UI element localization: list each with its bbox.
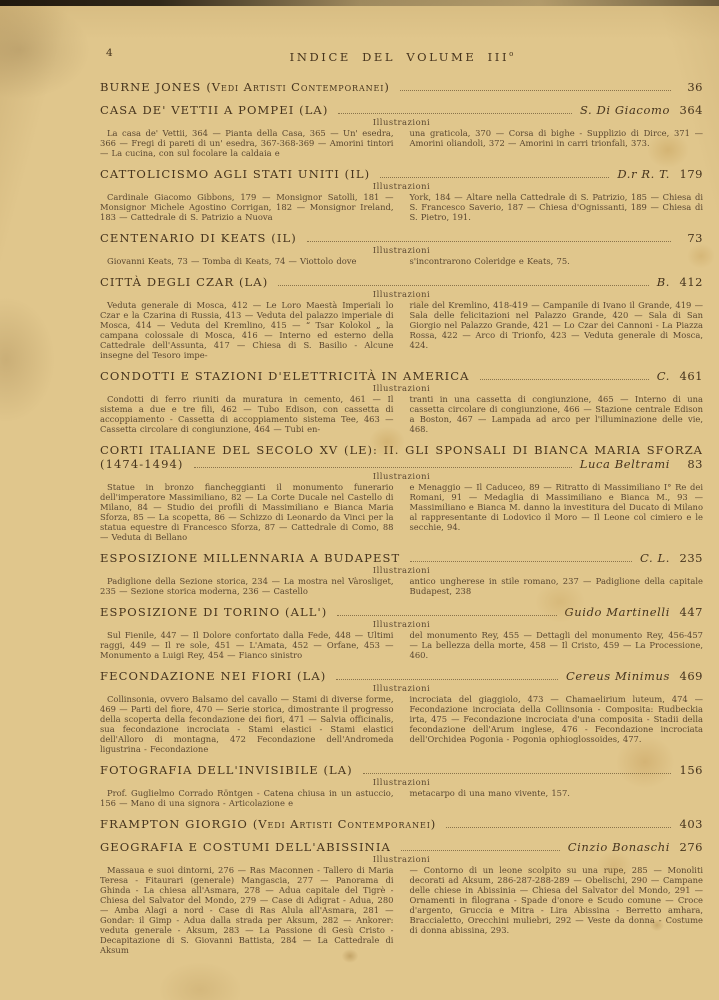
illustrations-label: Illustrazioni (100, 778, 703, 787)
illustrations-block: Illustrazioni Massaua e suoi dintorni, 2… (100, 855, 703, 955)
illustrations-label: Illustrazioni (100, 566, 703, 575)
illustrations-columns: Cardinale Giacomo Gibbons, 179 — Monsign… (100, 192, 703, 222)
entry-title: FECONDAZIONE NEI FIORI (LA) (100, 669, 326, 683)
dot-leader (410, 561, 632, 562)
entry-title: CASA DE' VETTII A POMPEI (LA) (100, 103, 328, 117)
index-entry-corti-italiane: CORTI ITALIANE DEL SECOLO XV (LE): II. G… (100, 443, 703, 542)
illustrations-right-column: — Contorno di un leone scolpito su una r… (410, 865, 704, 955)
entry-page-ref: 179 (679, 167, 703, 181)
entry-page-ref: 447 (679, 605, 703, 619)
index-entry-esposizione-budapest: ESPOSIZIONE MILLENNARIA A BUDAPEST C. L.… (100, 551, 703, 596)
dot-leader (480, 379, 649, 380)
illustrations-right-column: antico ungherese in stile romano, 237 — … (410, 576, 704, 596)
illustrations-block: Illustrazioni La casa de' Vettii, 364 — … (100, 118, 703, 158)
index-entry-burne-jones: BURNE JONES (Vedi Artisti Contemporanei)… (100, 80, 703, 94)
entry-author: D.r R. T. (617, 167, 670, 181)
entry-title-line1: CORTI ITALIANE DEL SECOLO XV (LE): II. G… (100, 443, 703, 457)
illustrations-left-column: Massaua e suoi dintorni, 276 — Ras Macon… (100, 865, 394, 955)
illustrations-columns: Prof. Guglielmo Corrado Röntgen - Catena… (100, 788, 703, 808)
entry-heading: CENTENARIO DI KEATS (IL) 73 (100, 231, 703, 245)
entry-author: Guido Martinelli (565, 605, 671, 619)
entry-page-ref: 364 (679, 103, 703, 117)
volume-header-sup: o (509, 50, 513, 58)
illustrations-left-column: Collinsonia, ovvero Balsamo del cavallo … (100, 694, 394, 754)
entry-title-note: (Vedi Artisti Contemporanei) (206, 80, 389, 94)
page-masthead: 4 INDICE DEL VOLUME IIIo (100, 46, 703, 60)
entry-page-ref: 83 (679, 457, 703, 471)
illustrations-right-column: s'incontrarono Coleridge e Keats, 75. (410, 256, 704, 266)
entry-title: FRAMPTON GIORGIO (100, 817, 248, 831)
index-entry-frampton-giorgio: FRAMPTON GIORGIO (Vedi Artisti Contempor… (100, 817, 703, 831)
illustrations-right-column: York, 184 — Altare nella Cattedrale di S… (410, 192, 704, 222)
illustrations-columns: La casa de' Vettii, 364 — Pianta della C… (100, 128, 703, 158)
illustrations-columns: Veduta generale di Mosca, 412 — Le Loro … (100, 300, 703, 360)
dot-leader (307, 241, 671, 242)
illustrations-block: Illustrazioni Veduta generale di Mosca, … (100, 290, 703, 360)
illustrations-label: Illustrazioni (100, 246, 703, 255)
entry-page-ref: 412 (679, 275, 703, 289)
entry-heading: FECONDAZIONE NEI FIORI (LA) Cereus Minim… (100, 669, 703, 683)
illustrations-left-column: Giovanni Keats, 73 — Tomba di Keats, 74 … (100, 256, 394, 266)
entry-title: ESPOSIZIONE DI TORINO (ALL') (100, 605, 327, 619)
entry-title: CITTÀ DEGLI CZAR (LA) (100, 275, 268, 289)
entry-heading: FOTOGRAFIA DELL'INVISIBILE (LA) 156 (100, 763, 703, 777)
illustrations-columns: Giovanni Keats, 73 — Tomba di Keats, 74 … (100, 256, 703, 266)
entry-author: C. L. (640, 551, 670, 565)
index-entry-cattolicismo: CATTOLICISMO AGLI STATI UNITI (IL) D.r R… (100, 167, 703, 222)
entry-author: S. Di Giacomo (580, 103, 670, 117)
illustrations-columns: Sul Fienile, 447 — Il Dolore confortato … (100, 630, 703, 660)
illustrations-label: Illustrazioni (100, 855, 703, 864)
index-entry-geografia-abissinia: GEOGRAFIA E COSTUMI DELL'ABISSINIA Cinzi… (100, 840, 703, 955)
entry-page-ref: 276 (679, 840, 703, 854)
entry-page-ref: 403 (679, 817, 703, 831)
entry-heading: CITTÀ DEGLI CZAR (LA) B. 412 (100, 275, 703, 289)
illustrations-label: Illustrazioni (100, 620, 703, 629)
illustrations-label: Illustrazioni (100, 118, 703, 127)
entry-title: CONDOTTI E STAZIONI D'ELETTRICITÀ IN AME… (100, 369, 470, 383)
illustrations-right-column: incrociata del giaggiolo, 473 — Chamaeli… (410, 694, 704, 754)
entry-author: C. (657, 369, 670, 383)
dot-leader (337, 615, 556, 616)
illustrations-left-column: Sul Fienile, 447 — Il Dolore confortato … (100, 630, 394, 660)
dot-leader (400, 90, 671, 91)
illustrations-columns: Collinsonia, ovvero Balsamo del cavallo … (100, 694, 703, 754)
illustrations-block: Illustrazioni Condotti di ferro riuniti … (100, 384, 703, 434)
entry-heading: GEOGRAFIA E COSTUMI DELL'ABISSINIA Cinzi… (100, 840, 703, 854)
volume-header-text: INDICE DEL VOLUME III (290, 50, 509, 64)
illustrations-block: Illustrazioni Sul Fienile, 447 — Il Dolo… (100, 620, 703, 660)
entry-page-ref: 73 (679, 231, 703, 245)
entry-title: BURNE JONES (100, 80, 201, 94)
dot-leader (446, 827, 671, 828)
entry-title: ESPOSIZIONE MILLENNARIA A BUDAPEST (100, 551, 400, 565)
illustrations-columns: Massaua e suoi dintorni, 276 — Ras Macon… (100, 865, 703, 955)
illustrations-label: Illustrazioni (100, 472, 703, 481)
dot-leader (338, 113, 572, 114)
illustrations-columns: Padiglione della Sezione storica, 234 — … (100, 576, 703, 596)
entry-title-note: (Vedi Artisti Contemporanei) (253, 817, 436, 831)
entry-heading: CATTOLICISMO AGLI STATI UNITI (IL) D.r R… (100, 167, 703, 181)
entry-page-ref: 36 (679, 80, 703, 94)
index-entry-fecondazione-fiori: FECONDAZIONE NEI FIORI (LA) Cereus Minim… (100, 669, 703, 754)
entry-heading: CONDOTTI E STAZIONI D'ELETTRICITÀ IN AME… (100, 369, 703, 383)
entry-page-ref: 156 (679, 763, 703, 777)
illustrations-label: Illustrazioni (100, 684, 703, 693)
illustrations-right-column: metacarpo di una mano vivente, 157. (410, 788, 704, 808)
index-entry-citta-czar: CITTÀ DEGLI CZAR (LA) B. 412 Illustrazio… (100, 275, 703, 360)
entry-heading: FRAMPTON GIORGIO (Vedi Artisti Contempor… (100, 817, 703, 831)
entry-page-ref: 469 (679, 669, 703, 683)
illustrations-right-column: una graticola, 370 — Corsa di bighe - Su… (410, 128, 704, 158)
illustrations-right-column: riale del Kremlino, 418-419 — Campanile … (410, 300, 704, 360)
index-entry-casa-vettii: CASA DE' VETTII A POMPEI (LA) S. Di Giac… (100, 103, 703, 158)
illustrations-block: Illustrazioni Prof. Guglielmo Corrado Rö… (100, 778, 703, 808)
illustrations-left-column: Padiglione della Sezione storica, 234 — … (100, 576, 394, 596)
entry-heading: (1474-1494) Luca Beltrami 83 (100, 457, 703, 471)
dot-leader (278, 285, 648, 286)
illustrations-block: Illustrazioni Cardinale Giacomo Gibbons,… (100, 182, 703, 222)
entry-page-ref: 461 (679, 369, 703, 383)
entry-title-line2: (1474-1494) (100, 457, 184, 471)
book-page: 4 INDICE DEL VOLUME IIIo BURNE JONES (Ve… (0, 0, 719, 1000)
illustrations-left-column: Veduta generale di Mosca, 412 — Le Loro … (100, 300, 394, 360)
illustrations-left-column: Prof. Guglielmo Corrado Röntgen - Catena… (100, 788, 394, 808)
illustrations-right-column: del monumento Rey, 455 — Dettagli del mo… (410, 630, 704, 660)
illustrations-right-column: e Menaggio — Il Caduceo, 89 — Ritratto d… (410, 482, 704, 542)
illustrations-left-column: Statue in bronzo fiancheggianti il monum… (100, 482, 394, 542)
illustrations-label: Illustrazioni (100, 182, 703, 191)
entry-author: Cereus Minimus (566, 669, 670, 683)
entry-title: GEOGRAFIA E COSTUMI DELL'ABISSINIA (100, 840, 391, 854)
entry-title: FOTOGRAFIA DELL'INVISIBILE (LA) (100, 763, 353, 777)
illustrations-label: Illustrazioni (100, 384, 703, 393)
entry-heading: BURNE JONES (Vedi Artisti Contemporanei)… (100, 80, 703, 94)
index-entry-esposizione-torino: ESPOSIZIONE DI TORINO (ALL') Guido Marti… (100, 605, 703, 660)
index-entry-centenario-keats: CENTENARIO DI KEATS (IL) 73 Illustrazion… (100, 231, 703, 266)
volume-header: INDICE DEL VOLUME IIIo (290, 50, 514, 64)
dot-leader (194, 467, 572, 468)
dot-leader (401, 850, 560, 851)
illustrations-block: Illustrazioni Padiglione della Sezione s… (100, 566, 703, 596)
entry-author: B. (657, 275, 670, 289)
index-entry-fotografia-invisibile: FOTOGRAFIA DELL'INVISIBILE (LA) 156 Illu… (100, 763, 703, 808)
dot-leader (336, 679, 558, 680)
illustrations-block: Illustrazioni Statue in bronzo fianchegg… (100, 472, 703, 542)
entry-heading: ESPOSIZIONE DI TORINO (ALL') Guido Marti… (100, 605, 703, 619)
illustrations-right-column: tranti in una cassetta di congiunzione, … (410, 394, 704, 434)
illustrations-block: Illustrazioni Giovanni Keats, 73 — Tomba… (100, 246, 703, 266)
illustrations-block: Illustrazioni Collinsonia, ovvero Balsam… (100, 684, 703, 754)
illustrations-columns: Condotti di ferro riuniti da muratura in… (100, 394, 703, 434)
entry-author: Luca Beltrami (580, 457, 670, 471)
entry-title: CENTENARIO DI KEATS (IL) (100, 231, 297, 245)
page-number: 4 (106, 47, 114, 59)
illustrations-label: Illustrazioni (100, 290, 703, 299)
illustrations-columns: Statue in bronzo fiancheggianti il monum… (100, 482, 703, 542)
entry-heading: ESPOSIZIONE MILLENNARIA A BUDAPEST C. L.… (100, 551, 703, 565)
illustrations-left-column: Condotti di ferro riuniti da muratura in… (100, 394, 394, 434)
entry-author: Cinzio Bonaschi (568, 840, 670, 854)
index-entry-condotti: CONDOTTI E STAZIONI D'ELETTRICITÀ IN AME… (100, 369, 703, 434)
entry-heading: CASA DE' VETTII A POMPEI (LA) S. Di Giac… (100, 103, 703, 117)
dot-leader (380, 177, 609, 178)
entry-page-ref: 235 (679, 551, 703, 565)
entry-title: CATTOLICISMO AGLI STATI UNITI (IL) (100, 167, 370, 181)
dot-leader (363, 773, 671, 774)
illustrations-left-column: La casa de' Vettii, 364 — Pianta della C… (100, 128, 394, 158)
illustrations-left-column: Cardinale Giacomo Gibbons, 179 — Monsign… (100, 192, 394, 222)
